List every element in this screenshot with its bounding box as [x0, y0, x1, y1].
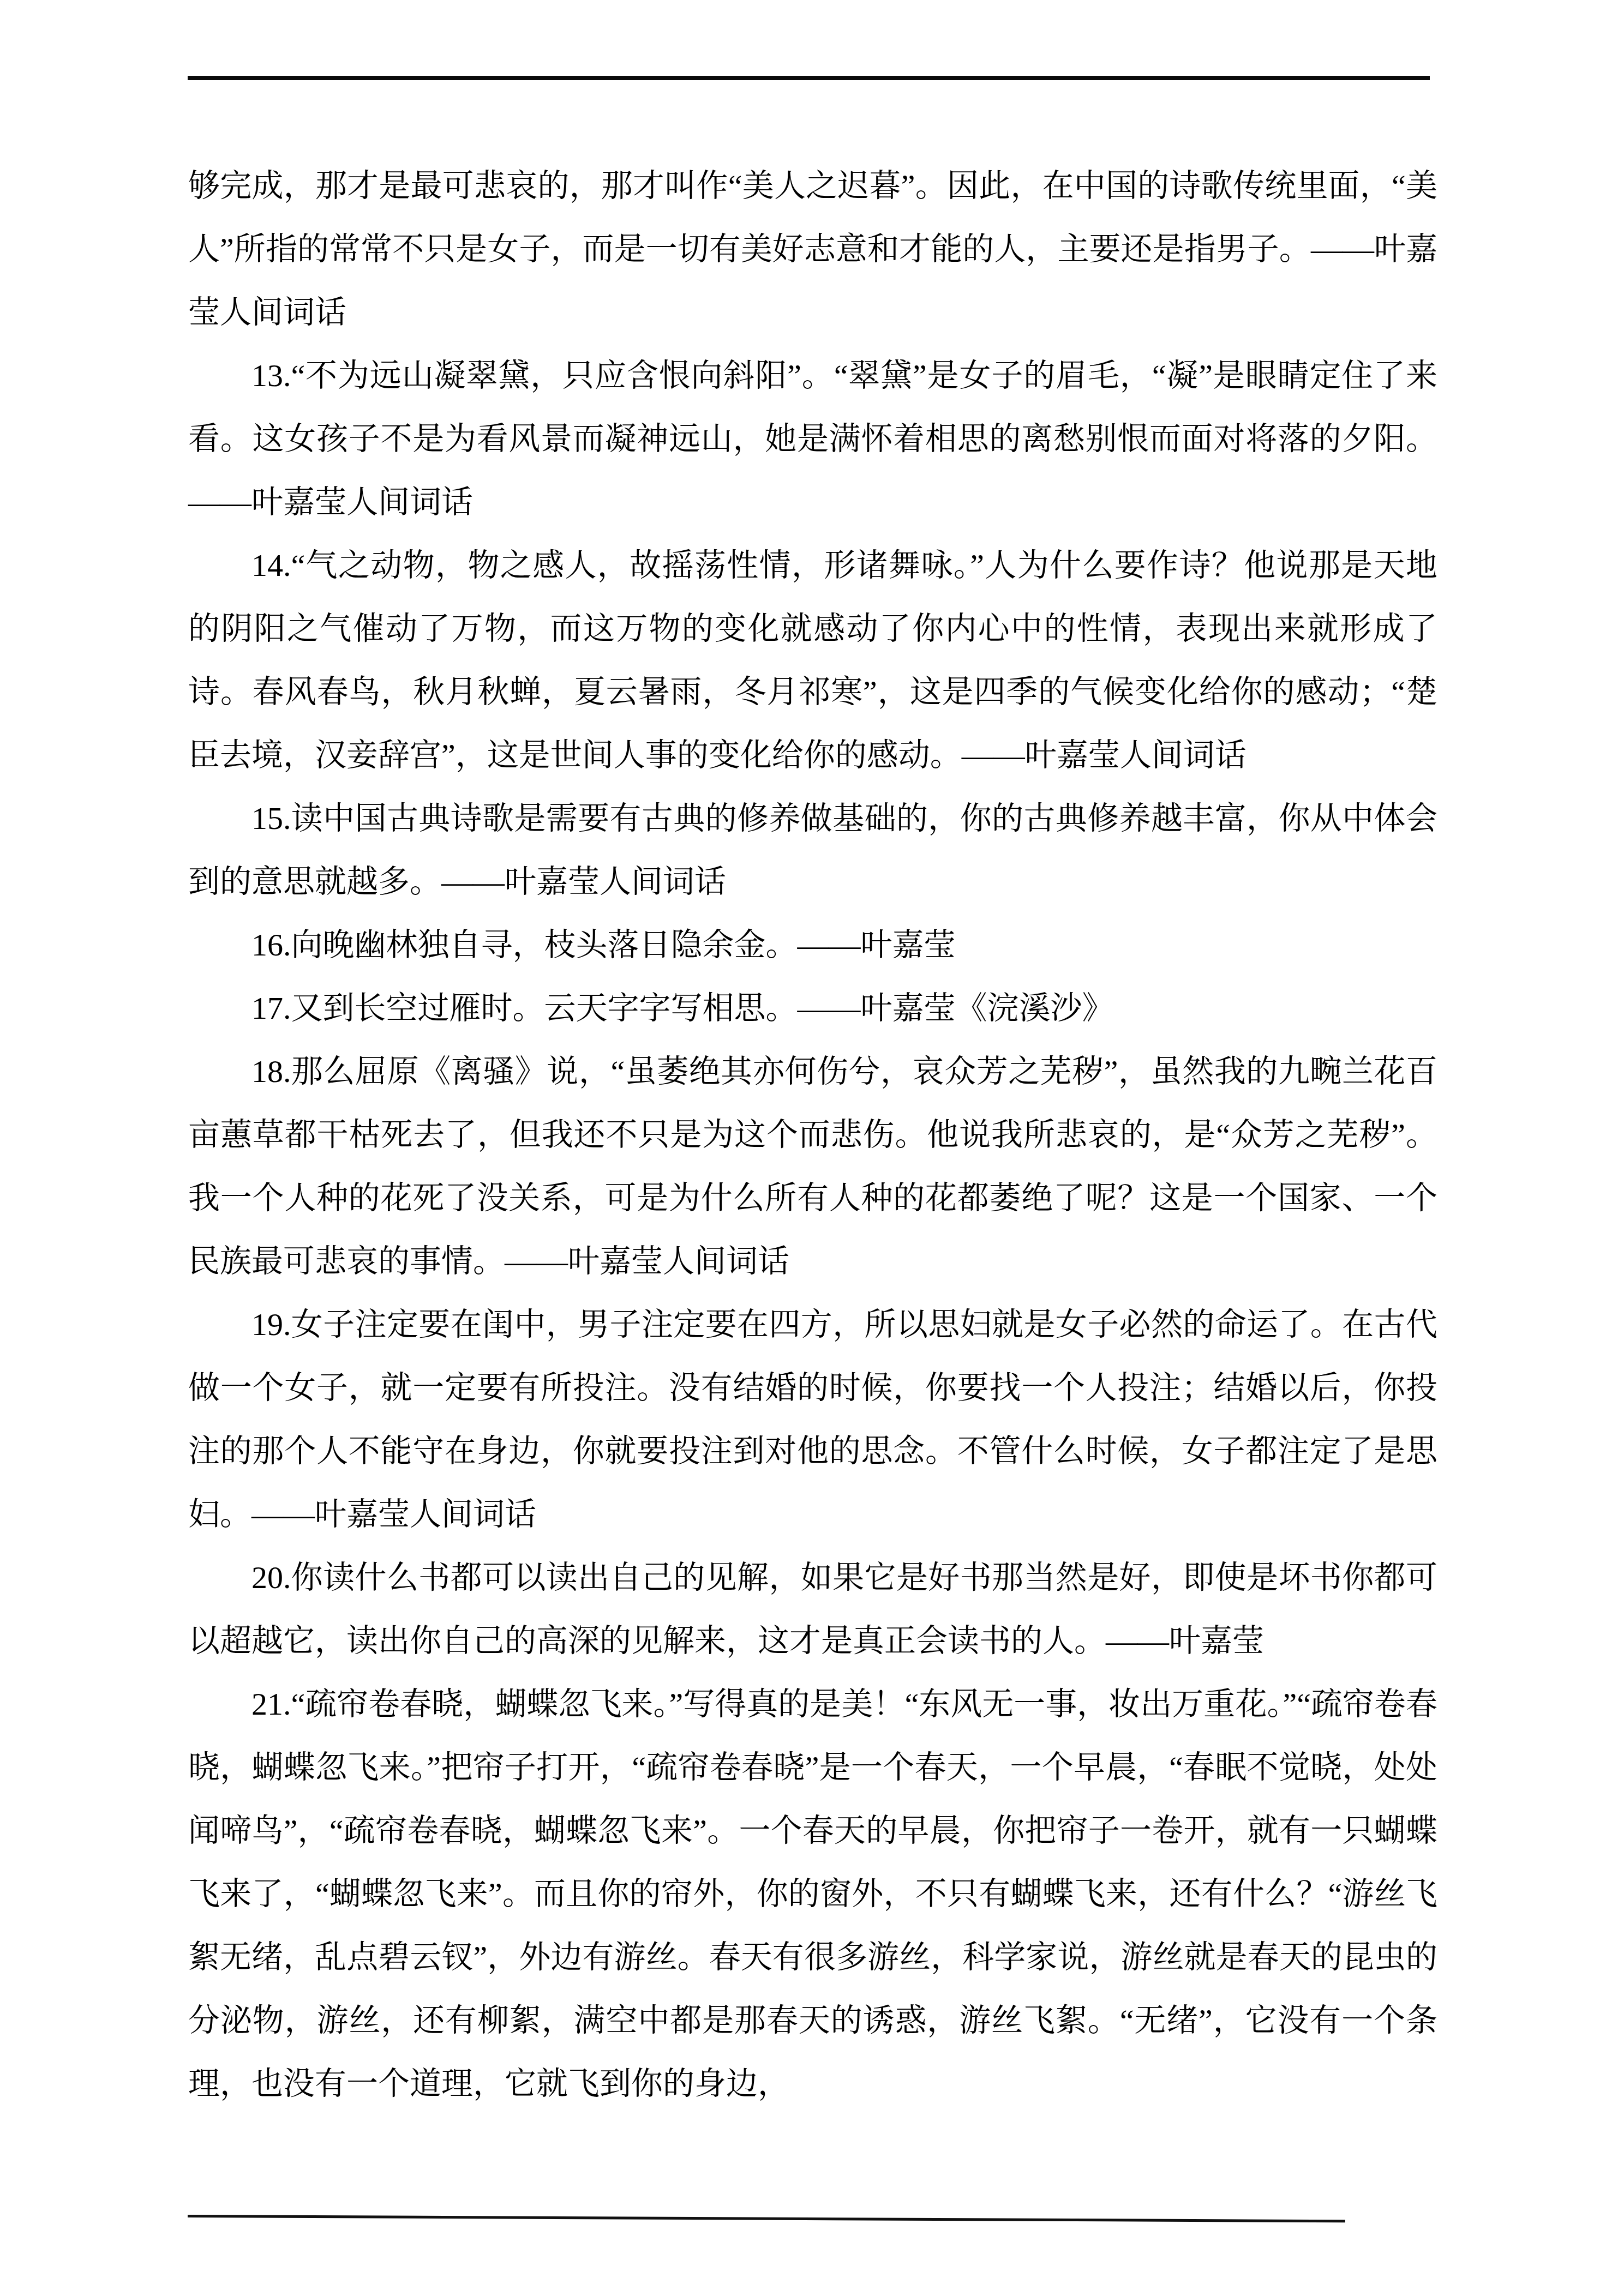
paragraph: 16.向晚幽林独自寻，枝头落日隐余金。——叶嘉莹 — [188, 913, 1437, 977]
text-body: 够完成，那才是最可悲哀的，那才叫作“美人之迟暮”。因此，在中国的诗歌传统里面，“… — [188, 154, 1437, 2115]
paragraph: 20.你读什么书都可以读出自己的见解，如果它是好书那当然是好，即使是坏书你都可以… — [188, 1546, 1437, 1673]
paragraph: 19.女子注定要在闺中，男子注定要在四方，所以思妇就是女子必然的命运了。在古代做… — [188, 1293, 1437, 1546]
header-rule — [188, 76, 1430, 80]
paragraph: 13.“不为远山凝翠黛，只应含恨向斜阳”。“翠黛”是女子的眉毛，“凝”是眼睛定住… — [188, 344, 1437, 534]
document-page: 够完成，那才是最可悲哀的，那才叫作“美人之迟暮”。因此，在中国的诗歌传统里面，“… — [0, 0, 1624, 2296]
paragraph: 21.“疏帘卷春晓，蝴蝶忽飞来。”写得真的是美！“东风无一事，妆出万重花。”“疏… — [188, 1673, 1437, 2115]
paragraph: 18.那么屈原《离骚》说，“虽萎绝其亦何伤兮，哀众芳之芜秽”，虽然我的九畹兰花百… — [188, 1040, 1437, 1293]
paragraph: 15.读中国古典诗歌是需要有古典的修养做基础的，你的古典修养越丰富，你从中体会到… — [188, 787, 1437, 913]
footer-rule — [188, 2215, 1345, 2222]
paragraph: 14.“气之动物，物之感人，故摇荡性情，形诸舞咏。”人为什么要作诗？他说那是天地… — [188, 534, 1437, 787]
paragraph: 够完成，那才是最可悲哀的，那才叫作“美人之迟暮”。因此，在中国的诗歌传统里面，“… — [188, 154, 1437, 344]
paragraph: 17.又到长空过雁时。云天字字写相思。——叶嘉莹《浣溪沙》 — [188, 977, 1437, 1040]
